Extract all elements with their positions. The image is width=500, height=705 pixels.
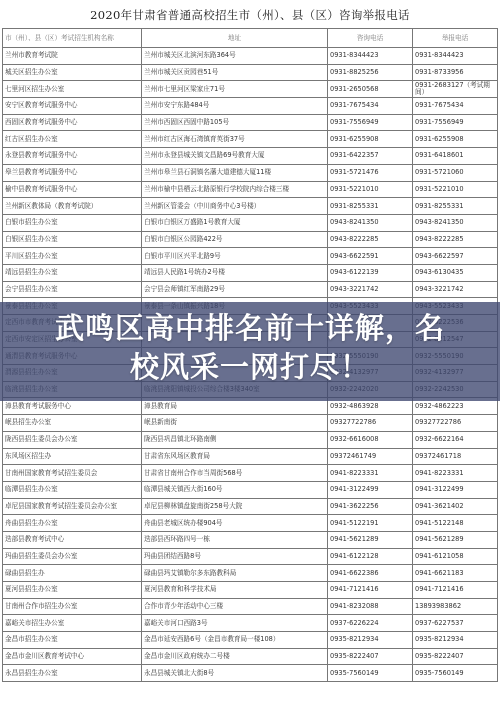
address-cell: 兰州市榆中县栖云北路原银行学校院内综合楼三楼 bbox=[142, 181, 328, 198]
consult-phone-cell: 0935-8212934 bbox=[328, 632, 413, 649]
consult-phone-cell: 0931-5221010 bbox=[328, 181, 413, 198]
consult-phone-cell: 0931-7675434 bbox=[328, 98, 413, 115]
agency-name-cell: 西固区教育考试服务中心 bbox=[3, 114, 142, 131]
column-header-report-phone: 举报电话 bbox=[413, 29, 498, 48]
consult-phone-cell: 0931-6422357 bbox=[328, 148, 413, 165]
report-phone-cell: 0931-2683127（考试期间） bbox=[413, 81, 498, 98]
report-phone-cell: 0931-7675434 bbox=[413, 98, 498, 115]
agency-name-cell: 碌曲县招生办 bbox=[3, 565, 142, 582]
column-header-consult-phone: 咨询电话 bbox=[328, 29, 413, 48]
report-phone-cell: 0941-5122148 bbox=[413, 515, 498, 532]
address-cell: 夏河县教育和科学技术局 bbox=[142, 582, 328, 599]
report-phone-cell: 0931-5221010 bbox=[413, 181, 498, 198]
address-cell: 兰州市皋兰县石洞镇名藩大道建德大厦11楼 bbox=[142, 164, 328, 181]
report-phone-cell: 09327722786 bbox=[413, 415, 498, 432]
table-row: 兰州市教育考试院兰州市城关区北滨河东路364号0931-83444230931-… bbox=[3, 48, 498, 65]
table-row: 白银区招生办公室白银市白银区公园路422号0943-82222850943-82… bbox=[3, 231, 498, 248]
agency-name-cell: 金昌市招生办公室 bbox=[3, 632, 142, 649]
consult-phone-cell: 0931-7556949 bbox=[328, 114, 413, 131]
report-phone-cell: 0935-8222407 bbox=[413, 648, 498, 665]
table-row: 东风场区招生办甘肃省东风场区教育局0937246174909372461718 bbox=[3, 448, 498, 465]
consult-phone-cell: 0941-3622256 bbox=[328, 498, 413, 515]
headline-line-1: 武鸣区高中排名前十详解，名 bbox=[0, 309, 500, 348]
table-row: 榆中县教育考试服务中心兰州市榆中县栖云北路原银行学校院内综合楼三楼0931-52… bbox=[3, 181, 498, 198]
consult-phone-cell: 0941-5122191 bbox=[328, 515, 413, 532]
address-cell: 碌曲县玛艾镇勒尔多东路教科局 bbox=[142, 565, 328, 582]
consult-phone-cell: 0931-8344423 bbox=[328, 48, 413, 65]
agency-name-cell: 玛曲县招生委员会办公室 bbox=[3, 548, 142, 565]
table-row: 陇西县招生委员会办公室陇西县巩昌镇北环路南侧0932-66160080932-6… bbox=[3, 431, 498, 448]
table-row: 碌曲县招生办碌曲县玛艾镇勒尔多东路教科局0941-66223860941-662… bbox=[3, 565, 498, 582]
consult-phone-cell: 0931-2650568 bbox=[328, 81, 413, 98]
table-row: 西固区教育考试服务中心兰州市西固区西固中路105号0931-7556949093… bbox=[3, 114, 498, 131]
table-row: 嘉峪关市招生办公室嘉峪关市河口西路3号0937-62262240937-6227… bbox=[3, 615, 498, 632]
consult-phone-cell: 0943-6622591 bbox=[328, 248, 413, 265]
column-header-address: 地址 bbox=[142, 29, 328, 48]
table-row: 永登县教育考试服务中心兰州市永登县城关镇文昌路69号教育大厦0931-64223… bbox=[3, 148, 498, 165]
address-cell: 永昌县城关镇北大街8号 bbox=[142, 665, 328, 682]
report-phone-cell: 0931-8733956 bbox=[413, 64, 498, 81]
consult-phone-cell: 0931-8255331 bbox=[328, 198, 413, 215]
table-row: 甘南州国家教育考试招生委员会甘肃省甘南州合作市当周街568号0941-82233… bbox=[3, 465, 498, 482]
address-cell: 临潭县城关镇西大街160号 bbox=[142, 481, 328, 498]
consult-phone-cell: 0937-6226224 bbox=[328, 615, 413, 632]
address-cell: 靖远县人民路1号统办2号楼 bbox=[142, 264, 328, 281]
table-row: 卓尼县国家教育考试招生委员会办公室卓尼县柳林镇盘旋南街258号大院0941-36… bbox=[3, 498, 498, 515]
agency-name-cell: 会宁县招生办公室 bbox=[3, 281, 142, 298]
agency-name-cell: 榆中县教育考试服务中心 bbox=[3, 181, 142, 198]
address-cell: 白银市白银区万盛路1号教育大厦 bbox=[142, 214, 328, 231]
report-phone-cell: 09372461718 bbox=[413, 448, 498, 465]
table-row: 安宁区教育考试服务中心兰州市安宁东路484号0931-76754340931-7… bbox=[3, 98, 498, 115]
report-phone-cell: 0941-8223331 bbox=[413, 465, 498, 482]
agency-name-cell: 迭部县教育考试中心 bbox=[3, 531, 142, 548]
table-row: 七里河区招生办公室兰州市七里河区梁家庄71号0931-26505680931-2… bbox=[3, 81, 498, 98]
report-phone-cell: 0937-6227537 bbox=[413, 615, 498, 632]
report-phone-cell: 0943-6130435 bbox=[413, 264, 498, 281]
address-cell: 兰州市红古区海石湾镇育英街37号 bbox=[142, 131, 328, 148]
consult-phone-cell: 0941-7121416 bbox=[328, 582, 413, 599]
address-cell: 嘉峪关市河口西路3号 bbox=[142, 615, 328, 632]
consult-phone-cell: 0931-8825256 bbox=[328, 64, 413, 81]
agency-name-cell: 金昌市金川区教育考试中心 bbox=[3, 648, 142, 665]
agency-name-cell: 白银市招生办公室 bbox=[3, 214, 142, 231]
consult-phone-cell: 0941-6122128 bbox=[328, 548, 413, 565]
agency-name-cell: 安宁区教育考试服务中心 bbox=[3, 98, 142, 115]
report-phone-cell: 0941-6621183 bbox=[413, 565, 498, 582]
agency-name-cell: 东风场区招生办 bbox=[3, 448, 142, 465]
table-row: 永昌县招生办公室永昌县城关镇北大街8号0935-75601490935-7560… bbox=[3, 665, 498, 682]
consult-phone-cell: 0931-6255908 bbox=[328, 131, 413, 148]
column-header-agency: 市（州）、县（区）考试招生机构名称 bbox=[3, 29, 142, 48]
address-cell: 舟曲县老城区统办楼904号 bbox=[142, 515, 328, 532]
address-cell: 金昌市延安西路6号（金昌市教育局一楼108） bbox=[142, 632, 328, 649]
agency-name-cell: 舟曲县招生办公室 bbox=[3, 515, 142, 532]
address-cell: 兰州市永登县城关镇文昌路69号教育大厦 bbox=[142, 148, 328, 165]
agency-name-cell: 陇西县招生委员会办公室 bbox=[3, 431, 142, 448]
report-phone-cell: 0943-3221742 bbox=[413, 281, 498, 298]
report-phone-cell: 0941-5621289 bbox=[413, 531, 498, 548]
consult-phone-cell: 0932-6616008 bbox=[328, 431, 413, 448]
table-row: 平川区招生办公室白银市平川区兴平北路9号0943-66225910943-662… bbox=[3, 248, 498, 265]
table-row: 岷县招生办公室岷县新南街0932772278609327722786 bbox=[3, 415, 498, 432]
consult-phone-cell: 0931-5721476 bbox=[328, 164, 413, 181]
report-phone-cell: 0943-8241350 bbox=[413, 214, 498, 231]
agency-name-cell: 嘉峪关市招生办公室 bbox=[3, 615, 142, 632]
agency-name-cell: 七里河区招生办公室 bbox=[3, 81, 142, 98]
agency-name-cell: 临潭县招生办公室 bbox=[3, 481, 142, 498]
consult-phone-cell: 0935-8222407 bbox=[328, 648, 413, 665]
agency-name-cell: 皋兰县教育考试服务中心 bbox=[3, 164, 142, 181]
address-cell: 玛曲县团结西路8号 bbox=[142, 548, 328, 565]
consult-phone-cell: 0941-8232088 bbox=[328, 598, 413, 615]
table-row: 临潭县招生办公室临潭县城关镇西大街160号0941-31224990941-31… bbox=[3, 481, 498, 498]
consult-phone-cell: 0941-5621289 bbox=[328, 531, 413, 548]
agency-name-cell: 兰州市教育考试院 bbox=[3, 48, 142, 65]
report-phone-cell: 0941-7121416 bbox=[413, 582, 498, 599]
consult-phone-cell: 0941-3122499 bbox=[328, 481, 413, 498]
agency-name-cell: 甘南州国家教育考试招生委员会 bbox=[3, 465, 142, 482]
report-phone-cell: 0931-7556949 bbox=[413, 114, 498, 131]
headline-line-2: 校风采一网打尽！ bbox=[0, 348, 500, 387]
address-cell: 岷县新南街 bbox=[142, 415, 328, 432]
address-cell: 兰州市安宁东路484号 bbox=[142, 98, 328, 115]
address-cell: 卓尼县柳林镇盘旋南街258号大院 bbox=[142, 498, 328, 515]
address-cell: 白银市白银区公园路422号 bbox=[142, 231, 328, 248]
report-phone-cell: 0931-6418601 bbox=[413, 148, 498, 165]
table-row: 舟曲县招生办公室舟曲县老城区统办楼904号0941-51221910941-51… bbox=[3, 515, 498, 532]
table-row: 迭部县教育考试中心迭部县西环路四号一栋0941-56212890941-5621… bbox=[3, 531, 498, 548]
table-row: 夏河县招生办公室夏河县教育和科学技术局0941-71214160941-7121… bbox=[3, 582, 498, 599]
address-cell: 金昌市金川区政府统办二号楼 bbox=[142, 648, 328, 665]
address-cell: 迭部县西环路四号一栋 bbox=[142, 531, 328, 548]
address-cell: 兰州市城关区北滨河东路364号 bbox=[142, 48, 328, 65]
report-phone-cell: 0931-5721060 bbox=[413, 164, 498, 181]
table-header-row: 市（州）、县（区）考试招生机构名称 地址 咨询电话 举报电话 bbox=[3, 29, 498, 48]
table-row: 白银市招生办公室白银市白银区万盛路1号教育大厦0943-82413500943-… bbox=[3, 214, 498, 231]
table-row: 靖远县招生办公室靖远县人民路1号统办2号楼0943-61221390943-61… bbox=[3, 264, 498, 281]
report-phone-cell: 0931-8255331 bbox=[413, 198, 498, 215]
table-row: 金昌市金川区教育考试中心金昌市金川区政府统办二号楼0935-8222407093… bbox=[3, 648, 498, 665]
consult-phone-cell: 09372461749 bbox=[328, 448, 413, 465]
address-cell: 甘肃省甘南州合作市当周街568号 bbox=[142, 465, 328, 482]
agency-name-cell: 靖远县招生办公室 bbox=[3, 264, 142, 281]
report-phone-cell: 0931-6255908 bbox=[413, 131, 498, 148]
agency-name-cell: 白银区招生办公室 bbox=[3, 231, 142, 248]
agency-name-cell: 甘南州合作市招生办公室 bbox=[3, 598, 142, 615]
table-row: 会宁县招生办公室会宁县会师镇红军南路29号0943-32217420943-32… bbox=[3, 281, 498, 298]
report-phone-cell: 0941-3122499 bbox=[413, 481, 498, 498]
document-title: 2020年甘肃省普通高校招生市（州）、县（区）咨询举报电话 bbox=[0, 0, 500, 28]
consult-phone-cell: 0935-7560149 bbox=[328, 665, 413, 682]
agency-name-cell: 永登县教育考试服务中心 bbox=[3, 148, 142, 165]
agency-name-cell: 永昌县招生办公室 bbox=[3, 665, 142, 682]
agency-name-cell: 岷县招生办公室 bbox=[3, 415, 142, 432]
report-phone-cell: 0935-7560149 bbox=[413, 665, 498, 682]
address-cell: 甘肃省东风场区教育局 bbox=[142, 448, 328, 465]
report-phone-cell: 0932-6622164 bbox=[413, 431, 498, 448]
agency-name-cell: 兰州新区教体局（教育考试院） bbox=[3, 198, 142, 215]
consult-phone-cell: 0943-6122139 bbox=[328, 264, 413, 281]
address-cell: 合作市青少年活动中心三楼 bbox=[142, 598, 328, 615]
report-phone-cell: 0941-6121058 bbox=[413, 548, 498, 565]
table-row: 兰州新区教体局（教育考试院）兰州新区管委会（中川商务中心3号楼）0931-825… bbox=[3, 198, 498, 215]
agency-name-cell: 城关区招生办公室 bbox=[3, 64, 142, 81]
report-phone-cell: 13893983862 bbox=[413, 598, 498, 615]
table-row: 玛曲县招生委员会办公室玛曲县团结西路8号0941-61221280941-612… bbox=[3, 548, 498, 565]
report-phone-cell: 0935-8212934 bbox=[413, 632, 498, 649]
table-row: 红古区招生办公室兰州市红古区海石湾镇育英街37号0931-62559080931… bbox=[3, 131, 498, 148]
consult-phone-cell: 0943-8222285 bbox=[328, 231, 413, 248]
address-cell: 白银市平川区兴平北路9号 bbox=[142, 248, 328, 265]
consult-phone-cell: 09327722786 bbox=[328, 415, 413, 432]
consult-phone-cell: 0943-3221742 bbox=[328, 281, 413, 298]
address-cell: 兰州市西固区西固中路105号 bbox=[142, 114, 328, 131]
table-row: 城关区招生办公室兰州市城关区贡园巷51号0931-88252560931-873… bbox=[3, 64, 498, 81]
consult-phone-cell: 0941-8223331 bbox=[328, 465, 413, 482]
headline-text: 武鸣区高中排名前十详解，名 校风采一网打尽！ bbox=[0, 309, 500, 387]
report-phone-cell: 0941-3621402 bbox=[413, 498, 498, 515]
agency-name-cell: 红古区招生办公室 bbox=[3, 131, 142, 148]
address-cell: 兰州市七里河区梁家庄71号 bbox=[142, 81, 328, 98]
agency-name-cell: 夏河县招生办公室 bbox=[3, 582, 142, 599]
table-row: 金昌市招生办公室金昌市延安西路6号（金昌市教育局一楼108）0935-82129… bbox=[3, 632, 498, 649]
report-phone-cell: 0943-6622597 bbox=[413, 248, 498, 265]
report-phone-cell: 0931-8344423 bbox=[413, 48, 498, 65]
address-cell: 兰州新区管委会（中川商务中心3号楼） bbox=[142, 198, 328, 215]
agency-name-cell: 卓尼县国家教育考试招生委员会办公室 bbox=[3, 498, 142, 515]
consult-phone-cell: 0941-6622386 bbox=[328, 565, 413, 582]
table-row: 甘南州合作市招生办公室合作市青少年活动中心三楼0941-823208813893… bbox=[3, 598, 498, 615]
address-cell: 会宁县会师镇红军南路29号 bbox=[142, 281, 328, 298]
address-cell: 兰州市城关区贡园巷51号 bbox=[142, 64, 328, 81]
agency-name-cell: 平川区招生办公室 bbox=[3, 248, 142, 265]
report-phone-cell: 0943-8222285 bbox=[413, 231, 498, 248]
consult-phone-cell: 0943-8241350 bbox=[328, 214, 413, 231]
address-cell: 陇西县巩昌镇北环路南侧 bbox=[142, 431, 328, 448]
table-row: 皋兰县教育考试服务中心兰州市皋兰县石洞镇名藩大道建德大厦11楼0931-5721… bbox=[3, 164, 498, 181]
